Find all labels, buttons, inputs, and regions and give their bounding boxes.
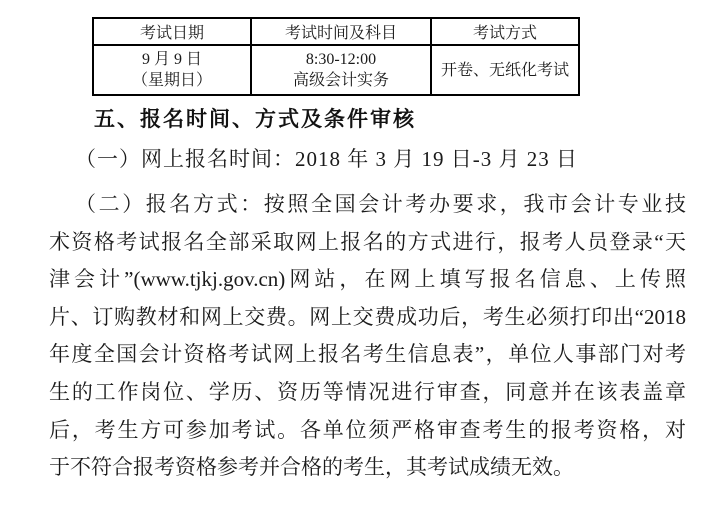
exam-date-line2: （星期日） [94,70,250,91]
exam-time: 8:30-12:00 [252,49,430,70]
registration-method-paragraph: （二）报名方式：按照全国会计考办要求，我市会计专业技 术资格考试报名全部采取网上… [49,186,686,487]
paragraph-line: 年度全国会计资格考试网上报名考生信息表”，单位人事部门对考 [49,336,686,374]
document-page: 考试日期 考试时间及科目 考试方式 9 月 9 日 （星期日） 8:30-12:… [0,0,707,522]
paragraph-line: 生的工作岗位、学历、资历等情况进行审查，同意并在该表盖章 [49,374,686,412]
table-header-row: 考试日期 考试时间及科目 考试方式 [93,18,579,45]
section-heading: 五、报名时间、方式及条件审核 [94,103,416,133]
registration-time-paragraph: （一）网上报名时间：2018 年 3 月 19 日-3 月 23 日 [49,143,578,173]
table-header-exam-time-subject: 考试时间及科目 [251,18,431,45]
paragraph-line: 后，考生方可参加考试。各单位须严格审查考生的报考资格，对 [49,412,686,450]
exam-subject: 高级会计实务 [252,70,430,91]
paragraph-line: 于不符合报考资格参考并合格的考生，其考试成绩无效。 [49,449,686,487]
paragraph-line: （二）报名方式：按照全国会计考办要求，我市会计专业技 [49,186,686,224]
cell-exam-date: 9 月 9 日 （星期日） [93,45,251,95]
table-header-exam-method: 考试方式 [431,18,579,45]
table-header-exam-date: 考试日期 [93,18,251,45]
paragraph-line: 术资格考试报名全部采取网上报名的方式进行，报考人员登录“天 [49,224,686,262]
exam-schedule-table: 考试日期 考试时间及科目 考试方式 9 月 9 日 （星期日） 8:30-12:… [92,17,580,96]
paragraph-line: 津会计”(www.tjkj.gov.cn)网站，在网上填写报名信息、上传照 [49,261,686,299]
cell-exam-method: 开卷、无纸化考试 [431,45,579,95]
paragraph-line: 片、订购教材和网上交费。网上交费成功后，考生必须打印出“2018 [49,299,686,337]
cell-exam-time-subject: 8:30-12:00 高级会计实务 [251,45,431,95]
exam-date-line1: 9 月 9 日 [94,49,250,70]
table-row: 9 月 9 日 （星期日） 8:30-12:00 高级会计实务 开卷、无纸化考试 [93,45,579,95]
